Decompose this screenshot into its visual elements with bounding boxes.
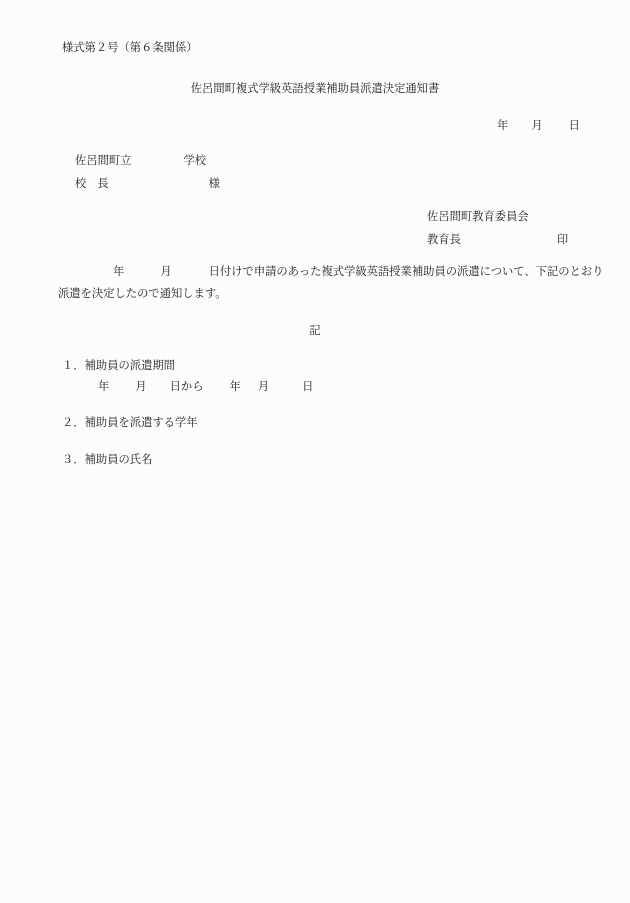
dispatch-period-line: 年月日から年月日 [98,382,313,393]
period-to-year-label: 年 [230,382,241,393]
issue-date-line: 年月日 [497,121,580,132]
record-heading: 記 [0,326,630,337]
body-line1-text: 日付けで申請のあった複式学級英語授業補助員の派遣について、下記のとおり [209,267,604,278]
issue-date-day-label: 日 [569,121,580,132]
sender-position: 教育長 [427,235,461,246]
body-line2: 派遣を決定したので通知します。 [58,289,227,300]
issue-date-year-label: 年 [497,121,508,132]
period-from-year-label: 年 [98,382,109,393]
form-number: 様式第２号（第６条関係） [62,43,198,54]
issue-date-month-label: 月 [531,121,542,132]
document-title: 佐呂間町複式学級英語授業補助員派遣決定通知書 [0,84,630,95]
addressee-school-line: 佐呂間町立学校 [75,156,206,167]
period-from-day-label: 日から [170,382,204,393]
document-page: 様式第２号（第６条関係） 佐呂間町複式学級英語授業補助員派遣決定通知書 年月日 … [0,0,630,903]
period-to-day-label: 日 [302,382,313,393]
body-line1: 年月日付けで申請のあった複式学級英語授業補助員の派遣について、下記のとおり [58,267,603,278]
item-3-label: ３．補助員の氏名 [62,455,152,466]
item-2-label: ２．補助員を派遣する学年 [62,418,198,429]
addressee-honorific: 様 [209,179,220,190]
seal-mark: 印 [557,235,568,246]
item-1-label: １．補助員の派遣期間 [62,361,175,372]
addressee-principal-line: 校長様 [75,179,220,190]
addressee-principal-char2: 長 [97,179,108,190]
addressee-school-suffix: 学校 [184,156,207,167]
sender-organization: 佐呂間町教育委員会 [427,212,529,223]
body-year-label: 年 [113,267,124,278]
addressee-principal-char1: 校 [75,179,86,190]
addressee-school-prefix: 佐呂間町立 [75,156,132,167]
body-month-label: 月 [160,267,171,278]
period-from-month-label: 月 [135,382,146,393]
period-to-month-label: 月 [258,382,269,393]
sender-position-line: 教育長印 [427,235,568,246]
